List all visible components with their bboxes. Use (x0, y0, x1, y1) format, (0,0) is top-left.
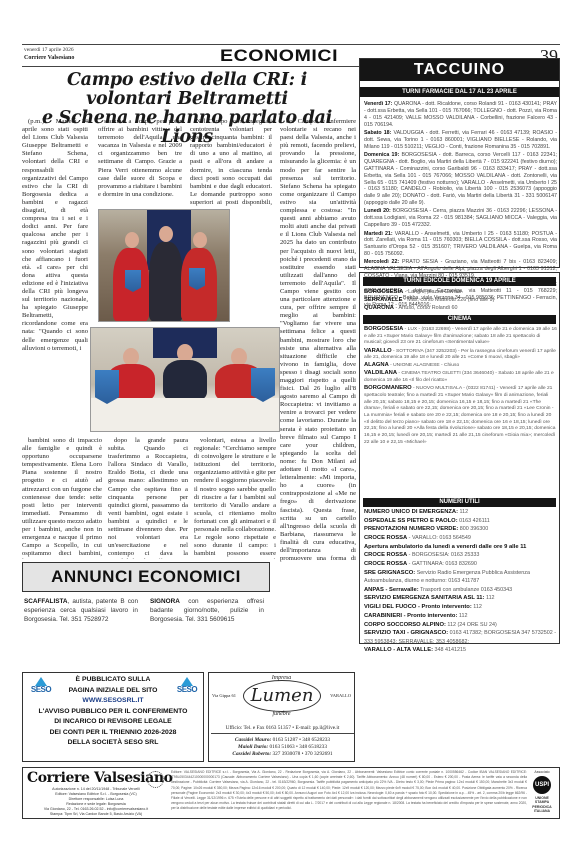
pennant-icon (125, 270, 141, 292)
lions-member-person (149, 242, 183, 322)
pharmacy-day: Martedì 21: VARALLO - Anselmetti, via Um… (364, 231, 557, 259)
list-item: SERVIZIO EMERGENZA SANITARIA ASL 11: 112 (364, 594, 557, 602)
pharmacy-day: Domenica 19: BORGOSESIA - dott. Barreca,… (364, 152, 557, 207)
article-column-3-bottom: volontari, estesa a livello regionale: "… (194, 437, 276, 559)
article-column-4: del Campo le infermiere volontarie si re… (280, 118, 356, 563)
lumen-logo: Lumen (243, 685, 321, 706)
classified-ad: SCAFFALISTA, autista, patente B con espe… (24, 597, 138, 624)
photo-lions-meeting-standing (98, 209, 230, 322)
seso-advertisement: SESO SESO È PUBBLICATO SULLA PAGINA INIZ… (22, 672, 204, 762)
uspi-badge: Associato USPI UNIONE STAMPA PERIODICA I… (528, 770, 556, 813)
headline-line-1: Campo estivo della CRI: i volontari Belt… (22, 71, 352, 109)
uspi-logo-icon: USPI (533, 776, 551, 794)
list-item: ANPAS - Serravalle: Trasporti con ambula… (364, 586, 557, 594)
lions-member-person (163, 360, 207, 400)
classified-ad: SIGNORA con esperienza offresi badante g… (150, 597, 264, 624)
useful-numbers-header: NUMERI UTILI (363, 498, 556, 507)
newsstand-header: TURNI EDICOLE DOMENICA 19 APRILE (363, 277, 556, 286)
listings-box: TURNI EDICOLE DOMENICA 19 APRILE BORGOSE… (359, 272, 560, 644)
list-item: QUARONA - Artuso, corso Rolandi 60 (364, 305, 557, 312)
list-item: Apertura ambulatorio da lunedì a venerdì… (364, 543, 557, 551)
legal-notice: Editore: VALSESIANO EDITRICE s.r.l. - Bo… (171, 770, 527, 812)
list-item: CROCE ROSSA - GATTINARA: 0163 832690 (364, 560, 557, 568)
newsstand-list: BORGOSESIA - Langhi, piazza Cavour SERRA… (364, 289, 557, 312)
list-item: VARALLO - SOTTORIVA (347 3252203) - Per … (364, 348, 557, 362)
list-item: CROCE ROSSA - VARALLO: 0163 564549 (364, 534, 557, 542)
article-column-3-side (234, 206, 284, 324)
cinema-list: BORGOSESIA - LUX - (0163 22698) - Venerd… (364, 326, 557, 447)
pennant-icon (95, 370, 119, 404)
list-item: SRE GRIGNASCO: Servizio Radio Emergenza … (364, 569, 557, 586)
list-item: BORGOSESIA - Langhi, piazza Cavour (364, 289, 557, 296)
list-item: CROCE ROSSA - BORGOSESIA: 0163 25333 (364, 551, 557, 559)
seso-logo-icon: SESO (173, 685, 201, 701)
masthead-footer: Corriere Valsesiano Autorizzazione n. 14… (22, 767, 560, 819)
list-item: OSPEDALE SS PIETRO E PAOLO: 0163 426111 (364, 517, 557, 525)
pharmacy-day: Sabato 18: VALDUGGIA - dott. Ferretti, v… (364, 130, 557, 151)
list-item: VIGILI DEL FUOCO - Pronto intervento: 11… (364, 603, 557, 611)
article-column-1: (p.m.) - Martedì 14 aprile sono stati os… (22, 118, 88, 433)
table (91, 398, 280, 432)
pharmacy-header: TURNI FARMACIE DAL 17 AL 23 APRILE (360, 87, 559, 97)
list-item: PRENOTAZIONI NUMERO VERDE: 800 396300 (364, 525, 557, 533)
pharmacy-day: Lunedì 20: BORGOSESIA - Cerra, piazza Ma… (364, 208, 557, 229)
article-column-3-upper: Nel Campo sono impegnati centotrenta vol… (190, 118, 272, 206)
list-item: CORPO SOCCORSO ALPINO: 112 (24 ORE SU 24… (364, 621, 557, 629)
taccuino-box: TACCUINO TURNI FARMACIE DAL 17 AL 23 APR… (359, 58, 560, 268)
list-item: BORGOSESIA - LUX - (0163 22698) - Venerd… (364, 326, 557, 347)
list-item: SERVIZIO TAXI - GRIGNASCO: 0163 417382; … (364, 629, 557, 646)
classifieds-title: ANNUNCI ECONOMICI (23, 567, 269, 587)
list-item: VALDILANA - CINEMA TEATRO GILETTI (334 3… (364, 370, 557, 384)
section-title: ECONOMICI (220, 46, 338, 66)
pharmacy-day: Venerdì 17: QUARONA - dott. Ricaldone, c… (364, 101, 557, 129)
newspaper-page: venerdì 17 aprile 2026 Corriere Valsesia… (22, 44, 560, 824)
article-column-2: stammo a Scope, per poter offrire ai bam… (98, 118, 182, 206)
pennant-icon (189, 268, 205, 290)
useful-numbers-list: NUMERO UNICO DI EMERGENZA: 112 OSPEDALE … (364, 508, 557, 655)
pennant-icon (251, 368, 275, 402)
stamp-icon (147, 771, 164, 788)
list-item: SERRAVALLE - Max, corso Matteotti 226 (f… (364, 297, 557, 304)
cinema-header: CINEMA (363, 315, 556, 324)
article-column-2-bottom: dopo la grande paura subita. Quando ci t… (108, 437, 188, 559)
issue-date: venerdì 17 aprile 2026 (24, 47, 74, 53)
classifieds-header-box: ANNUNCI ECONOMICI (22, 562, 270, 592)
list-item: VARALLO - ALTA VALLE: 348 4141215 (364, 646, 557, 654)
lumen-funeral-advertisement: Impresa Lumen funebre Via Gippa 61 VARAL… (208, 672, 355, 762)
list-item: BORGOMANERO - NUOVO MULTISALA - (0322 81… (364, 385, 557, 446)
taccuino-title: TACCUINO (360, 59, 559, 81)
photo-lions-meeting-seated (90, 327, 280, 432)
list-item: CARABINIERI - Pronto intervento: 112 (364, 612, 557, 620)
list-item: NUMERO UNICO DI EMERGENZA: 112 (364, 508, 557, 516)
article-column-1-bottom: bambini sono di impaccio alle famiglie e… (22, 437, 102, 559)
publication-info: Autorizzazione n. 14 del 20/11/1948 - Tr… (27, 787, 165, 817)
list-item: ALAGNA - UNIONE ALAGNESE - Chiuso (364, 362, 557, 370)
paper-name: Corriere Valsesiano (24, 55, 74, 61)
seso-logo-icon: SESO (27, 685, 55, 701)
